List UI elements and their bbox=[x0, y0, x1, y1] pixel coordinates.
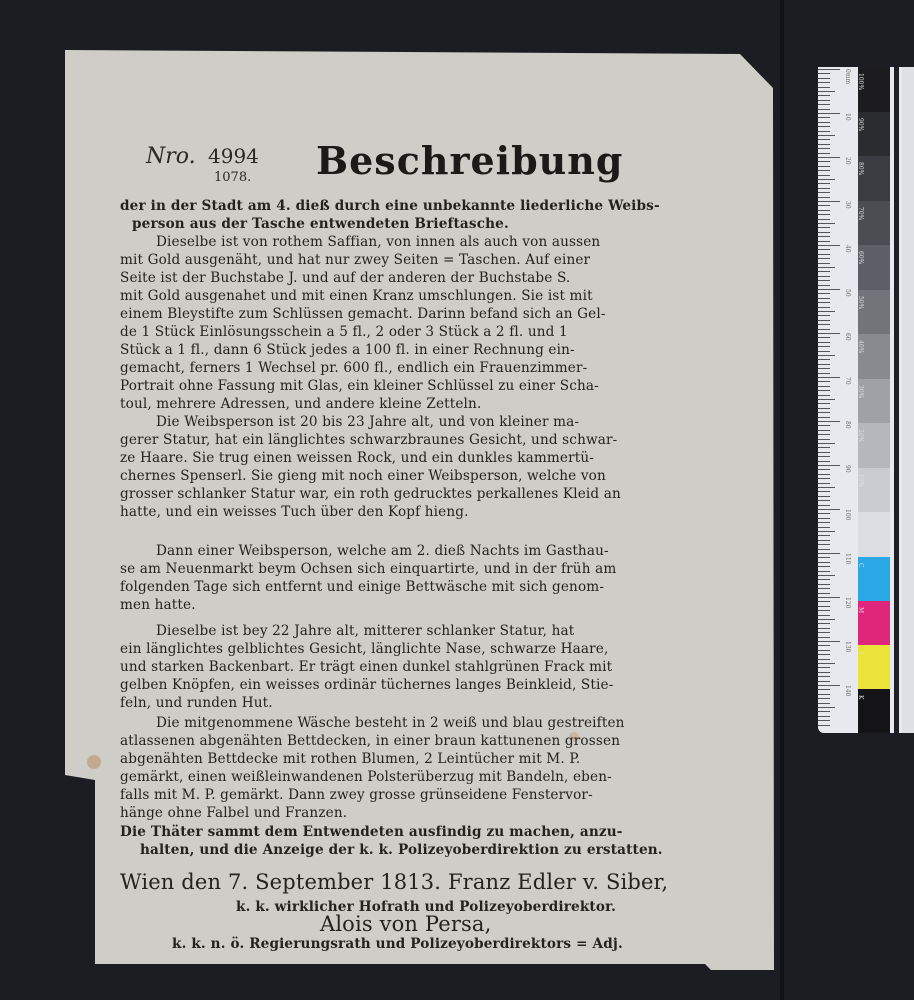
ruler-tick bbox=[818, 628, 830, 629]
ruler-tick bbox=[818, 676, 830, 677]
ruler-tick bbox=[818, 91, 835, 92]
ruler-tick bbox=[818, 214, 830, 215]
scanner-backdrop bbox=[780, 0, 784, 1000]
ruler-tick bbox=[818, 302, 830, 303]
text-line: gelben Knöpfen, ein weisses ordinär tüch… bbox=[120, 676, 613, 694]
ruler-tick bbox=[818, 579, 830, 580]
ruler-tick bbox=[818, 685, 840, 686]
ruler-label: 110 bbox=[844, 553, 851, 564]
ruler-tick bbox=[818, 100, 830, 101]
ruler-tick bbox=[818, 122, 830, 123]
ruler-tick bbox=[818, 271, 830, 272]
patch-label: 60% bbox=[857, 251, 864, 264]
patch-label: 80% bbox=[857, 162, 864, 175]
ruler-tick bbox=[818, 549, 830, 550]
ruler-tick bbox=[818, 285, 830, 286]
text-line: grosser schlanker Statur war, ein roth g… bbox=[120, 485, 621, 503]
ruler-tick bbox=[818, 716, 830, 717]
color-patch-k: K bbox=[858, 689, 890, 733]
gray-patch: 40% bbox=[858, 334, 890, 379]
ruler-tick bbox=[818, 544, 830, 545]
ruler-tick bbox=[818, 179, 835, 180]
ruler-tick bbox=[818, 311, 835, 312]
ruler-tick bbox=[818, 315, 830, 316]
ruler-label: 120 bbox=[844, 597, 851, 608]
ruler-tick bbox=[818, 377, 840, 378]
text-line: abgenähten Bettdecke mit rothen Blumen, … bbox=[120, 750, 580, 768]
ruler-tick bbox=[818, 205, 830, 206]
ruler-tick bbox=[818, 430, 830, 431]
text-line: einem Bleystifte zum Schlüssen gemacht. … bbox=[120, 305, 606, 323]
ruler-label: 60 bbox=[844, 333, 851, 341]
ruler-tick bbox=[818, 258, 830, 259]
ruler-tick bbox=[818, 443, 835, 444]
patch-label: 50% bbox=[857, 296, 864, 309]
ruler-tick bbox=[818, 368, 830, 369]
text-line: feln, und runden Hut. bbox=[120, 694, 273, 712]
ruler-tick bbox=[818, 500, 830, 501]
patch-label: 100% bbox=[857, 73, 864, 90]
ruler-tick bbox=[818, 337, 830, 338]
ruler-tick bbox=[818, 267, 835, 268]
ruler-tick bbox=[818, 469, 830, 470]
ruler-tick bbox=[818, 601, 830, 602]
gray-patch: 10% bbox=[858, 468, 890, 513]
ruler-label: 0mm bbox=[844, 69, 851, 84]
ruler-tick bbox=[818, 210, 830, 211]
signer2-title: k. k. n. ö. Regierungsrath und Polizeyob… bbox=[172, 935, 623, 953]
ruler-tick bbox=[818, 148, 830, 149]
patch-label: C bbox=[857, 563, 864, 568]
patch-label: 30% bbox=[857, 385, 864, 398]
ruler-tick bbox=[818, 421, 840, 422]
ruler-tick bbox=[818, 399, 835, 400]
ruler-tick bbox=[818, 351, 830, 352]
ruler-tick bbox=[818, 632, 830, 633]
text-line: und starken Backenbart. Er trägt einen d… bbox=[120, 658, 612, 676]
text-line: mit Gold ausgenahet und mit einen Kranz … bbox=[120, 287, 593, 305]
text-line: Seite ist der Buchstabe J. und auf der a… bbox=[120, 269, 570, 287]
ruler-label: 100 bbox=[844, 509, 851, 520]
ruler-tick bbox=[818, 144, 830, 145]
ruler-tick bbox=[818, 232, 830, 233]
ruler-tick bbox=[818, 329, 830, 330]
text-line: gemärkt, einen weißleinwandenen Polsterü… bbox=[120, 768, 612, 786]
gray-patch: 30% bbox=[858, 379, 890, 424]
text-line: gerer Statur, hat ein länglichtes schwar… bbox=[120, 431, 617, 449]
ruler-tick bbox=[818, 650, 830, 651]
ruler-tick bbox=[818, 276, 830, 277]
ruler-tick bbox=[818, 166, 830, 167]
color-target: 0mm102030405060708090100110120130140 100… bbox=[818, 67, 914, 733]
ruler-tick bbox=[818, 553, 840, 554]
ruler-tick bbox=[818, 249, 830, 250]
ruler-tick bbox=[818, 126, 830, 127]
patch-label: Y bbox=[857, 651, 864, 655]
text-line: de 1 Stück Einlösungsschein a 5 fl., 2 o… bbox=[120, 323, 568, 341]
ruler-tick bbox=[818, 483, 830, 484]
ruler-label: 10 bbox=[844, 113, 851, 121]
patch-label: 0% bbox=[857, 518, 864, 528]
color-patch-c: C bbox=[858, 557, 890, 601]
date-signature-line: Wien den 7. September 1813. Franz Edler … bbox=[120, 870, 668, 894]
mm-ruler: 0mm102030405060708090100110120130140 bbox=[818, 67, 856, 733]
text-line: Stück a 1 fl., dann 6 Stück jedes a 100 … bbox=[120, 341, 575, 359]
ruler-tick bbox=[818, 241, 830, 242]
patch-label: 70% bbox=[857, 207, 864, 220]
ruler-tick bbox=[818, 381, 830, 382]
ruler-tick bbox=[818, 509, 840, 510]
ruler-tick bbox=[818, 452, 830, 453]
ruler-tick bbox=[818, 513, 830, 514]
ruler-tick bbox=[818, 615, 830, 616]
ruler-tick bbox=[818, 681, 830, 682]
ruler-tick bbox=[818, 161, 830, 162]
gray-patch: 0% bbox=[858, 512, 890, 557]
ruler-tick bbox=[818, 346, 830, 347]
ruler-tick bbox=[818, 518, 830, 519]
ruler-tick bbox=[818, 540, 830, 541]
gray-patch: 90% bbox=[858, 112, 890, 157]
ruler-tick bbox=[818, 73, 830, 74]
ruler-tick bbox=[818, 364, 830, 365]
text-line: Dann einer Weibsperson, welche am 2. die… bbox=[156, 542, 609, 560]
ruler-tick bbox=[818, 390, 830, 391]
text-line: hänge ohne Falbel und Franzen. bbox=[120, 804, 347, 822]
ruler-tick bbox=[818, 593, 830, 594]
ruler-tick bbox=[818, 320, 830, 321]
ruler-label: 130 bbox=[844, 641, 851, 652]
ruler-tick bbox=[818, 157, 840, 158]
ruler-tick bbox=[818, 227, 830, 228]
ruler-tick bbox=[818, 223, 835, 224]
ruler-tick bbox=[818, 619, 835, 620]
ruler-tick bbox=[818, 197, 830, 198]
ruler-tick bbox=[818, 307, 830, 308]
text-line: Dieselbe ist bey 22 Jahre alt, mitterer … bbox=[156, 622, 574, 640]
ruler-tick bbox=[818, 439, 830, 440]
color-patch-m: M bbox=[858, 601, 890, 645]
ruler-tick bbox=[818, 293, 830, 294]
ruler-tick bbox=[818, 434, 830, 435]
patch-label: K bbox=[857, 695, 864, 699]
ruler-tick bbox=[818, 667, 830, 668]
ruler-tick bbox=[818, 659, 830, 660]
ruler-tick bbox=[818, 355, 835, 356]
gray-patch: 80% bbox=[858, 156, 890, 201]
ruler-tick bbox=[818, 170, 830, 171]
ruler-tick bbox=[818, 535, 830, 536]
ruler-label: 90 bbox=[844, 465, 851, 473]
ruler-tick bbox=[818, 324, 830, 325]
ruler-tick bbox=[818, 496, 830, 497]
ruler-tick bbox=[818, 720, 830, 721]
ruler-tick bbox=[818, 87, 830, 88]
gray-patch: 100% bbox=[858, 67, 890, 112]
signer2-name: Alois von Persa, bbox=[320, 912, 491, 936]
ruler-tick bbox=[818, 447, 830, 448]
ruler-tick bbox=[818, 703, 830, 704]
gray-patch: 60% bbox=[858, 245, 890, 290]
ruler-tick bbox=[818, 78, 830, 79]
text-line: Die Weibsperson ist 20 bis 23 Jahre alt,… bbox=[156, 413, 579, 431]
ruler-tick bbox=[818, 280, 830, 281]
text-line: men hatte. bbox=[120, 596, 196, 614]
patch-label: 40% bbox=[857, 340, 864, 353]
ruler-tick bbox=[818, 698, 830, 699]
ruler-tick bbox=[818, 487, 835, 488]
ruler-tick bbox=[818, 104, 830, 105]
ruler-tick bbox=[818, 95, 830, 96]
ruler-tick bbox=[818, 461, 830, 462]
ruler-tick bbox=[818, 505, 830, 506]
patch-label: 90% bbox=[857, 118, 864, 131]
ruler-tick bbox=[818, 153, 830, 154]
text-line: falls mit M. P. gemärkt. Dann zwey gross… bbox=[120, 786, 593, 804]
text-line: mit Gold ausgenäht, und hat nur zwey Sei… bbox=[120, 251, 590, 269]
text-line: ze Haare. Sie trug einen weissen Rock, u… bbox=[120, 449, 594, 467]
number-prefix: Nro. bbox=[146, 144, 196, 169]
ruler-tick bbox=[818, 707, 835, 708]
ruler-tick bbox=[818, 456, 830, 457]
ruler-tick bbox=[818, 531, 835, 532]
ruler-tick bbox=[818, 645, 830, 646]
ruler-tick bbox=[818, 109, 830, 110]
patch-label: M bbox=[857, 607, 864, 613]
ruler-tick bbox=[818, 711, 830, 712]
text-line: toul, mehrere Adressen, und andere klein… bbox=[120, 395, 481, 413]
ruler-tick bbox=[818, 254, 830, 255]
ruler-label: 140 bbox=[844, 685, 851, 696]
text-line: folgenden Tage sich entfernt und einige … bbox=[120, 578, 604, 596]
ruler-tick bbox=[818, 183, 830, 184]
document-title: Beschreibung bbox=[316, 138, 623, 183]
ruler-tick bbox=[818, 245, 840, 246]
ruler-tick bbox=[818, 522, 830, 523]
ruler-tick bbox=[818, 417, 830, 418]
ruler-label: 40 bbox=[844, 245, 851, 253]
patch-label: 20% bbox=[857, 429, 864, 442]
ruler-label: 80 bbox=[844, 421, 851, 429]
ruler-tick bbox=[818, 131, 830, 132]
text-line: der in der Stadt am 4. dieß durch eine u… bbox=[120, 197, 660, 215]
ruler-tick bbox=[818, 663, 835, 664]
ruler-tick bbox=[818, 373, 830, 374]
ruler-tick bbox=[818, 403, 830, 404]
ruler-tick bbox=[818, 395, 830, 396]
ruler-tick bbox=[818, 610, 830, 611]
ruler-tick bbox=[818, 342, 830, 343]
document-number: 4994 bbox=[208, 144, 259, 168]
ruler-tick bbox=[818, 575, 835, 576]
ruler-tick bbox=[818, 359, 830, 360]
ruler-label: 30 bbox=[844, 201, 851, 209]
ruler-tick bbox=[818, 491, 830, 492]
paper-stain bbox=[87, 755, 101, 769]
ruler-tick bbox=[818, 637, 830, 638]
ruler-tick bbox=[818, 69, 840, 70]
ruler-tick bbox=[818, 298, 830, 299]
text-line: ein länglichtes gelblichtes Gesicht, län… bbox=[120, 640, 608, 658]
ruler-tick bbox=[818, 641, 840, 642]
text-line: Dieselbe ist von rothem Saffian, von inn… bbox=[156, 233, 600, 251]
ruler-tick bbox=[818, 192, 830, 193]
ruler-label: 70 bbox=[844, 377, 851, 385]
text-line: Portrait ohne Fassung mit Glas, ein klei… bbox=[120, 377, 599, 395]
ruler-tick bbox=[818, 584, 830, 585]
ruler-tick bbox=[818, 236, 830, 237]
ruler-tick bbox=[818, 201, 840, 202]
ruler-tick bbox=[818, 557, 830, 558]
ruler-tick bbox=[818, 689, 830, 690]
ruler-tick bbox=[818, 175, 830, 176]
ruler-tick bbox=[818, 672, 830, 673]
ruler-tick bbox=[818, 219, 830, 220]
ruler-tick bbox=[818, 571, 830, 572]
text-line: Die Thäter sammt dem Entwendeten ausfind… bbox=[120, 823, 623, 841]
ruler-tick bbox=[818, 263, 830, 264]
target-edge bbox=[902, 67, 914, 733]
ruler-tick bbox=[818, 474, 830, 475]
ruler-tick bbox=[818, 623, 830, 624]
ruler-tick bbox=[818, 135, 835, 136]
gray-patch: 20% bbox=[858, 423, 890, 468]
ruler-tick bbox=[818, 562, 830, 563]
gray-patch: 70% bbox=[858, 201, 890, 246]
ruler-tick bbox=[818, 606, 830, 607]
text-line: halten, und die Anzeige der k. k. Polize… bbox=[140, 841, 663, 859]
ruler-tick bbox=[818, 566, 830, 567]
ruler-tick bbox=[818, 117, 830, 118]
text-line: person aus der Tasche entwendeten Brieft… bbox=[132, 215, 509, 233]
text-line: hatte, und ein weisses Tuch über den Kop… bbox=[120, 503, 469, 521]
gray-patch: 50% bbox=[858, 290, 890, 335]
ruler-tick bbox=[818, 408, 830, 409]
ruler-label: 20 bbox=[844, 157, 851, 165]
ruler-tick bbox=[818, 425, 830, 426]
ruler-tick bbox=[818, 82, 830, 83]
ruler-tick bbox=[818, 289, 840, 290]
target-divider bbox=[894, 67, 899, 733]
patch-label: 10% bbox=[857, 474, 864, 487]
ruler-tick bbox=[818, 139, 830, 140]
text-line: se am Neuenmarkt beym Ochsen sich einqua… bbox=[120, 560, 616, 578]
ruler-tick bbox=[818, 597, 840, 598]
ruler-tick bbox=[818, 588, 830, 589]
ruler-tick bbox=[818, 386, 830, 387]
document-subnumber: 1078. bbox=[214, 170, 251, 185]
ruler-tick bbox=[818, 725, 830, 726]
color-patch-y: Y bbox=[858, 645, 890, 689]
ruler-tick bbox=[818, 333, 840, 334]
text-line: Die mitgenommene Wäsche besteht in 2 wei… bbox=[156, 714, 625, 732]
ruler-tick bbox=[818, 478, 830, 479]
ruler-tick bbox=[818, 465, 840, 466]
ruler-tick bbox=[818, 654, 830, 655]
text-line: chernes Spenserl. Sie gieng mit noch ein… bbox=[120, 467, 606, 485]
document-header: Nro. 4994 1078. Beschreibung bbox=[146, 140, 666, 190]
ruler-tick bbox=[818, 113, 840, 114]
text-line: gemacht, ferners 1 Wechsel pr. 600 fl., … bbox=[120, 359, 587, 377]
ruler-tick bbox=[818, 412, 830, 413]
text-line: atlassenen abgenähten Bettdecken, in ein… bbox=[120, 732, 620, 750]
ruler-tick bbox=[818, 694, 830, 695]
ruler-tick bbox=[818, 188, 830, 189]
ruler-tick bbox=[818, 527, 830, 528]
ruler-label: 50 bbox=[844, 289, 851, 297]
